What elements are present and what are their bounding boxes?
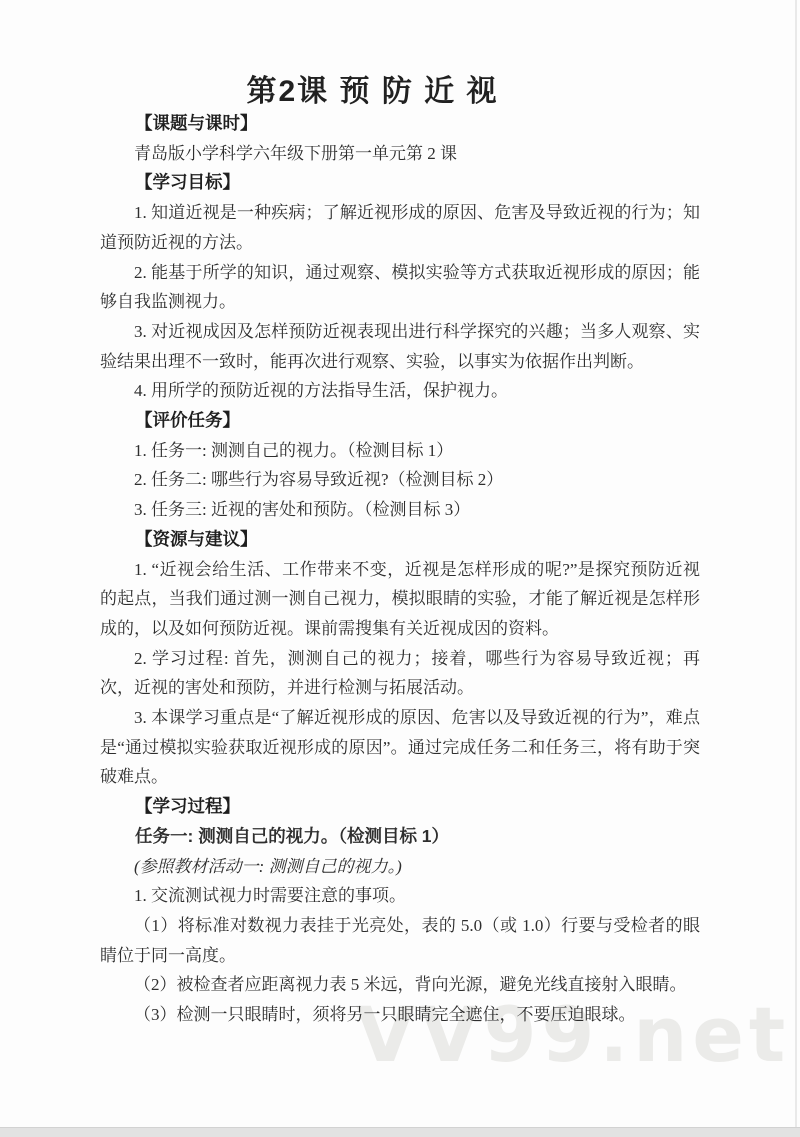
paragraph: 2. 学习过程: 首先，测测自己的视力；接着，哪些行为容易导致近视；再次，近视的… bbox=[100, 644, 700, 703]
page-right-edge bbox=[795, 0, 797, 1128]
page-title: 第2课 预 防 近 视 bbox=[0, 66, 800, 110]
section-heading: 【评价任务】 bbox=[100, 406, 700, 436]
section-heading: 【资源与建议】 bbox=[100, 525, 700, 555]
paragraph: （2）被检查者应距离视力表 5 米远，背向光源，避免光线直接射入眼睛。 bbox=[100, 970, 700, 1000]
section-heading: 【课题与课时】 bbox=[100, 109, 700, 139]
paragraph: 青岛版小学科学六年级下册第一单元第 2 课 bbox=[100, 139, 700, 169]
paragraph: 4. 用所学的预防近视的方法指导生活，保护视力。 bbox=[100, 376, 700, 406]
section-heading: 【学习目标】 bbox=[100, 168, 700, 198]
paragraph: 3. 对近视成因及怎样预防近视表现出进行科学探究的兴趣；当多人观察、实验结果出理… bbox=[100, 317, 700, 376]
paragraph: 任务一: 测测自己的视力。（检测目标 1） bbox=[100, 822, 700, 852]
document-body: 【课题与课时】青岛版小学科学六年级下册第一单元第 2 课【学习目标】1. 知道近… bbox=[100, 109, 700, 1030]
paragraph: 2. 能基于所学的知识，通过观察、模拟实验等方式获取近视形成的原因；能够自我监测… bbox=[100, 258, 700, 317]
paragraph: （3）检测一只眼睛时，须将另一只眼睛完全遮住，不要压迫眼球。 bbox=[100, 1000, 700, 1030]
section-heading: 【学习过程】 bbox=[100, 792, 700, 822]
paragraph: 3. 任务三: 近视的害处和预防。（检测目标 3） bbox=[100, 495, 700, 525]
paragraph: 1. “近视会给生活、工作带来不变，近视是怎样形成的呢?”是探究预防近视的起点，… bbox=[100, 555, 700, 644]
page-bottom-edge bbox=[0, 1127, 800, 1137]
document-page: VV99.net 第2课 预 防 近 视 【课题与课时】青岛版小学科学六年级下册… bbox=[0, 0, 800, 1137]
paragraph: 2. 任务二: 哪些行为容易导致近视?（检测目标 2） bbox=[100, 465, 700, 495]
paragraph: （1）将标准对数视力表挂于光亮处，表的 5.0（或 1.0）行要与受检者的眼睛位… bbox=[100, 911, 700, 970]
paragraph: 1. 知道近视是一种疾病；了解近视形成的原因、危害及导致近视的行为；知道预防近视… bbox=[100, 198, 700, 257]
paragraph: 1. 交流测试视力时需要注意的事项。 bbox=[100, 881, 700, 911]
paragraph: (参照教材活动一: 测测自己的视力。) bbox=[100, 852, 700, 882]
paragraph: 3. 本课学习重点是“了解近视形成的原因、危害以及导致近视的行为”，难点是“通过… bbox=[100, 703, 700, 792]
paragraph: 1. 任务一: 测测自己的视力。（检测目标 1） bbox=[100, 436, 700, 466]
